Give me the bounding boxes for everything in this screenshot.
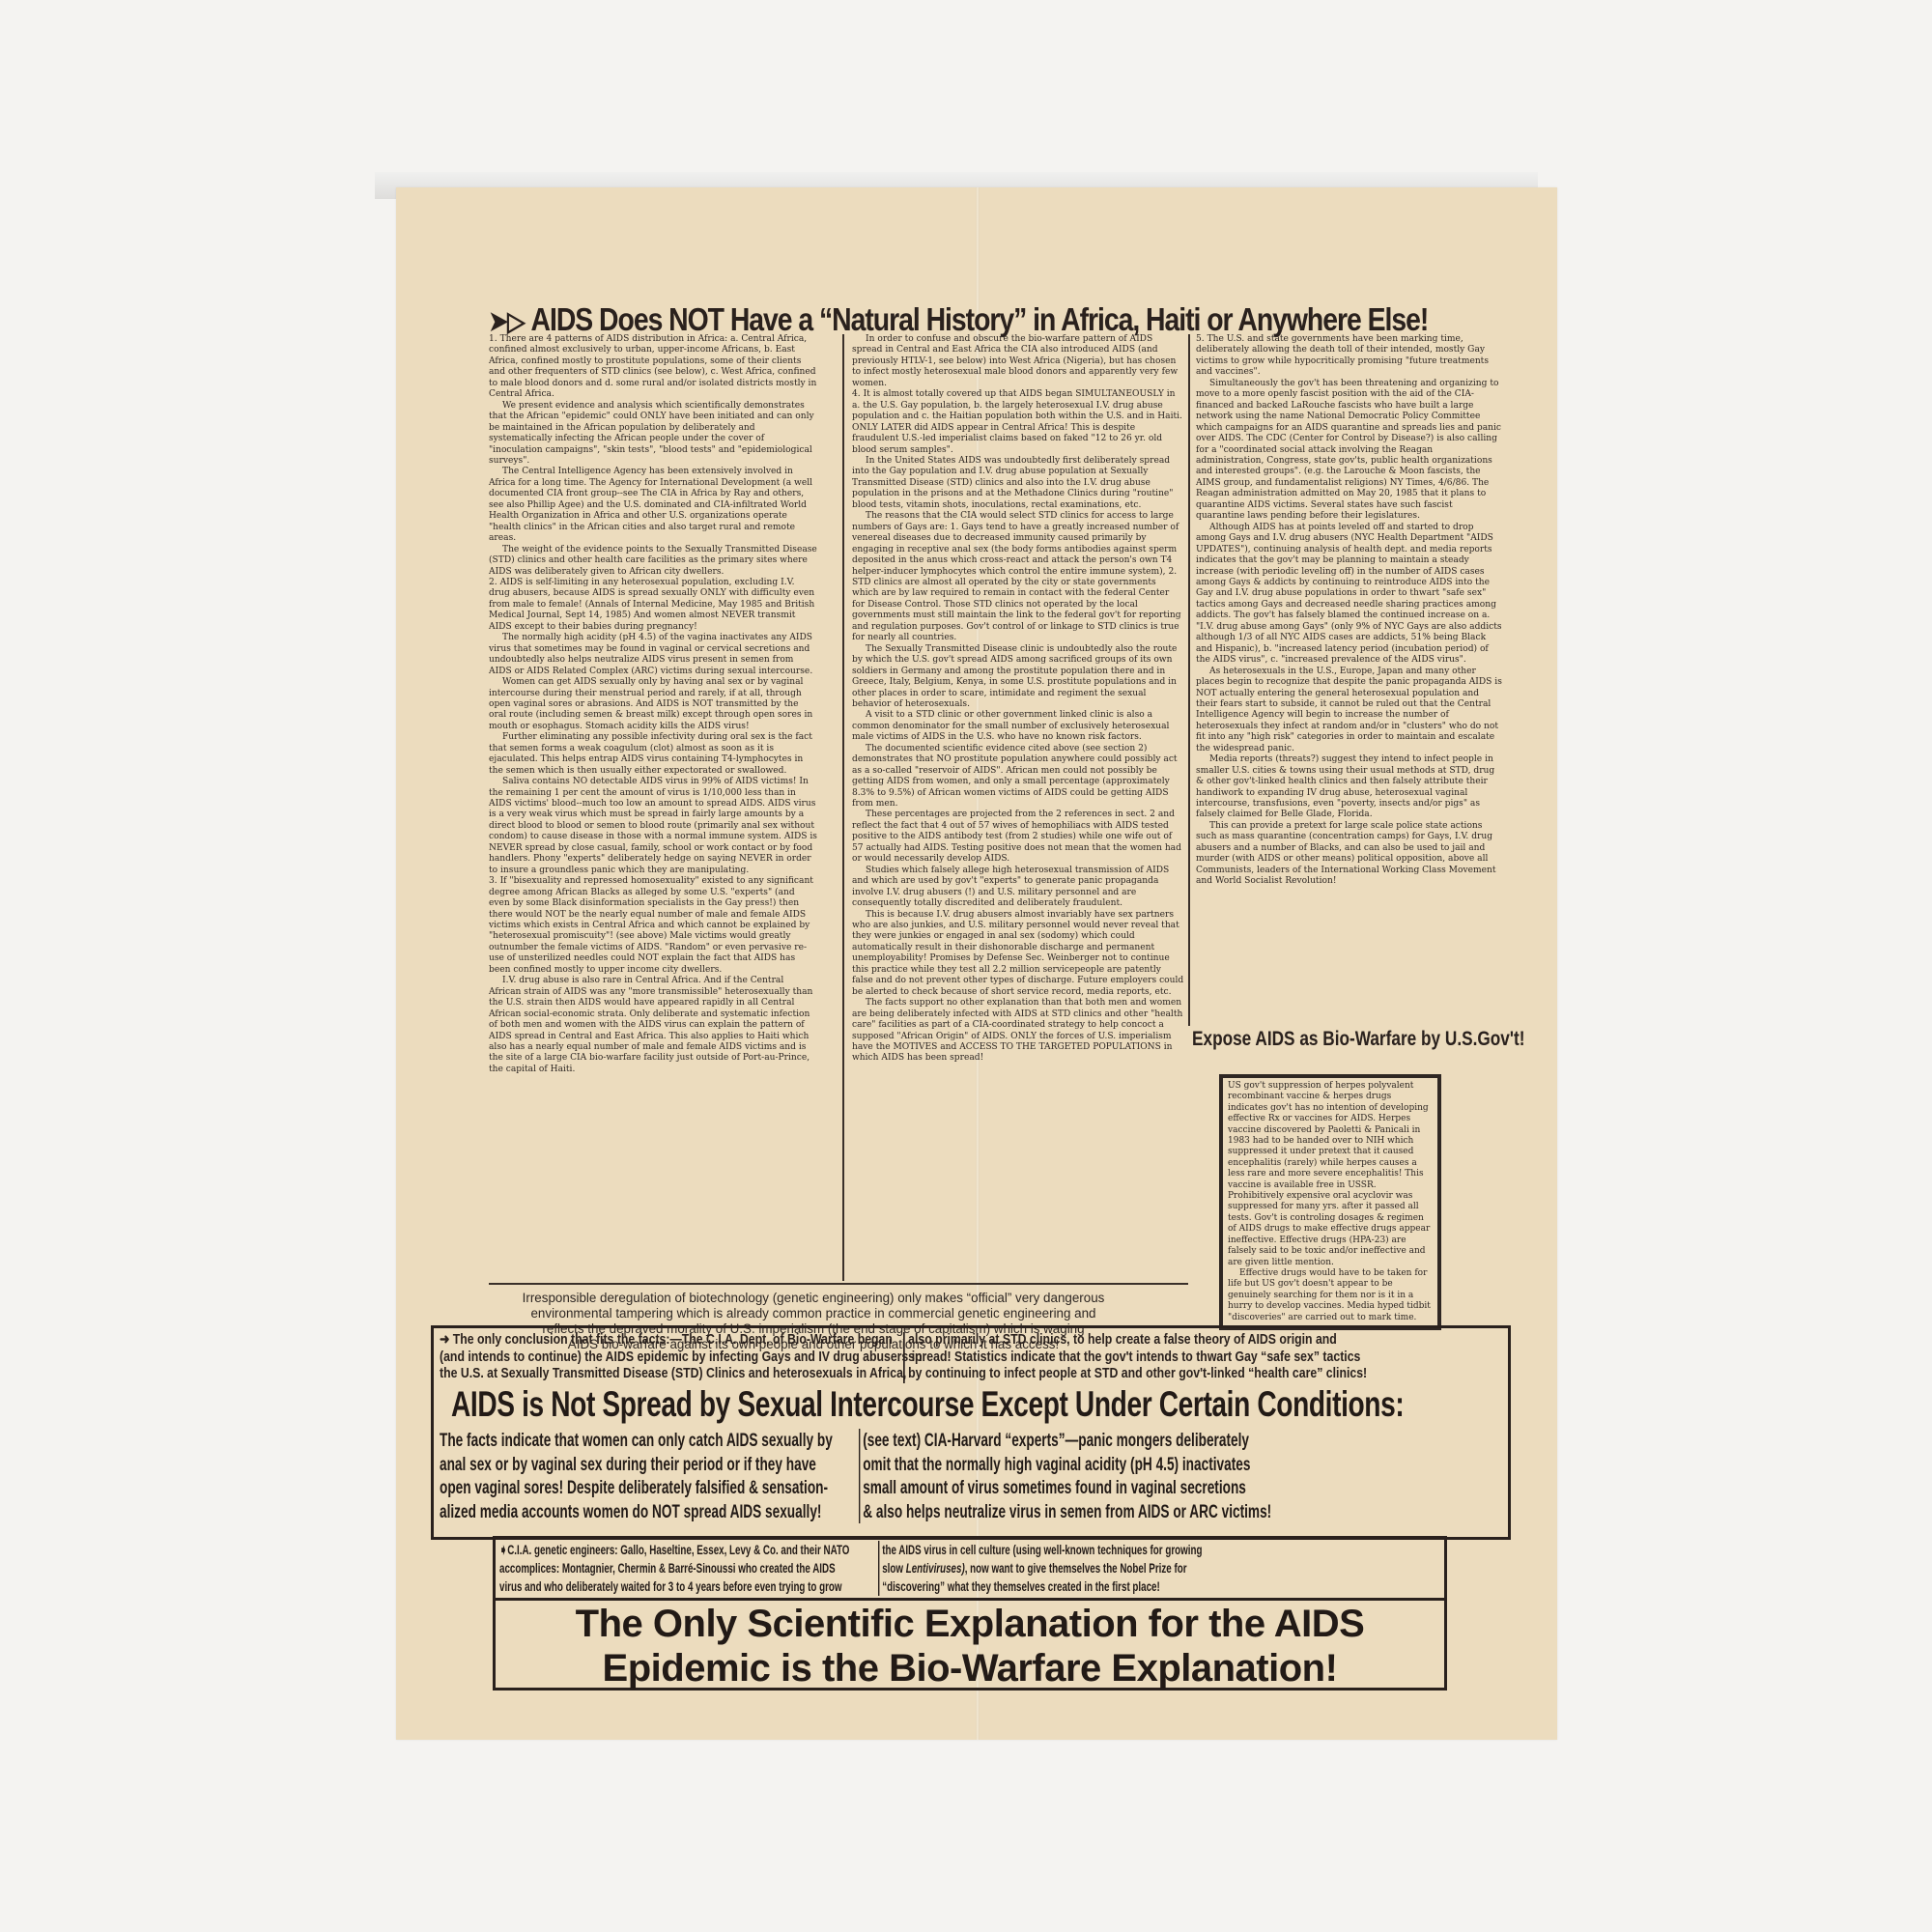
text-line: the U.S. at Sexually Transmitted Disease…	[440, 1366, 896, 1383]
genetic-right: the AIDS virus in cell culture (using we…	[878, 1541, 1261, 1596]
paragraph: Simultaneously the gov't has been threat…	[1196, 379, 1503, 523]
expose-heading: Expose AIDS as Bio-Warfare by U.S.Gov't!	[1192, 1028, 1454, 1051]
text-line: & also helps neutralize virus in semen f…	[863, 1500, 1282, 1524]
text-line: virus and who deliberately waited for 3 …	[499, 1577, 878, 1596]
paragraph: The Sexually Transmitted Disease clinic …	[852, 644, 1184, 711]
paragraph: These percentages are projected from the…	[852, 810, 1184, 865]
final-headline-line: Epidemic is the Bio-Warfare Explanation!	[496, 1645, 1444, 1690]
genetic-engineers-box: ➧C.I.A. genetic engineers: Gallo, Haselt…	[493, 1536, 1447, 1601]
paragraph: This can provide a pretext for large sca…	[1196, 821, 1503, 888]
paragraph: A visit to a STD clinic or other governm…	[852, 710, 1184, 743]
conditions-right: (see text) CIA-Harvard “experts”—panic m…	[859, 1429, 1282, 1523]
paragraph: We present evidence and analysis which s…	[489, 401, 817, 468]
text-line: The facts indicate that women can only c…	[440, 1429, 859, 1453]
paragraph: In order to confuse and obscure the bio-…	[852, 334, 1184, 389]
paragraph: US gov't suppression of herpes polyvalen…	[1228, 1081, 1433, 1268]
paragraph: The documented scientific evidence cited…	[852, 744, 1184, 810]
paragraph: Media reports (threats?) suggest they in…	[1196, 754, 1503, 821]
paragraph: Studies which falsely allege high hetero…	[852, 866, 1184, 910]
paragraph: Effective drugs would have to be taken f…	[1228, 1268, 1433, 1323]
paragraph: Further eliminating any possible infecti…	[489, 732, 817, 777]
final-headline-line: The Only Scientific Explanation for the …	[496, 1601, 1444, 1645]
text-line: open vaginal sores! Despite deliberately…	[440, 1476, 859, 1500]
text-line: by continuing to infect people at STD an…	[908, 1366, 1365, 1383]
paragraph: 1. There are 4 patterns of AIDS distribu…	[489, 334, 817, 401]
herpes-sidebar-box: US gov't suppression of herpes polyvalen…	[1219, 1074, 1441, 1330]
conclusion-right: also primarily at STD clinics, to help c…	[903, 1332, 1365, 1383]
text-line: also primarily at STD clinics, to help c…	[908, 1332, 1365, 1350]
headline-text: AIDS Does NOT Have a “Natural History” i…	[531, 301, 1429, 337]
paragraph: 3. If "bisexuality and repressed homosex…	[489, 876, 817, 976]
text-line: anal sex or by vaginal sex during their …	[440, 1453, 859, 1477]
paragraph: 5. The U.S. and state governments have b…	[1196, 334, 1503, 379]
paragraph: This is because I.V. drug abusers almost…	[852, 910, 1184, 999]
text-line: slow Lentiviruses), now want to give the…	[882, 1559, 1261, 1577]
article-column-1: 1. There are 4 patterns of AIDS distribu…	[489, 334, 817, 1075]
paragraph: The reasons that the CIA would select ST…	[852, 511, 1184, 643]
genetic-left: ➧C.I.A. genetic engineers: Gallo, Haselt…	[499, 1541, 878, 1596]
paragraph: The facts support no other explanation t…	[852, 998, 1184, 1065]
paragraph: 2. AIDS is self-limiting in any heterose…	[489, 578, 817, 633]
final-headline-box: The Only Scientific Explanation for the …	[493, 1598, 1447, 1690]
text-line: spread! Statistics indicate that the gov…	[908, 1350, 1365, 1367]
conclusion-left: ➜ The only conclusion that fits the fact…	[440, 1332, 896, 1383]
text-line: (and intends to continue) the AIDS epide…	[440, 1350, 896, 1367]
text-line: (see text) CIA-Harvard “experts”—panic m…	[863, 1429, 1282, 1453]
text-line: omit that the normally high vaginal acid…	[863, 1453, 1282, 1477]
article-column-2: In order to confuse and obscure the bio-…	[842, 334, 1184, 1281]
column-divider-rule	[489, 1283, 1188, 1285]
text-line: small amount of virus sometimes found in…	[863, 1476, 1282, 1500]
article-column-3: 5. The U.S. and state governments have b…	[1188, 334, 1503, 1026]
paragraph: The normally high acidity (pH 4.5) of th…	[489, 633, 817, 677]
paragraph: The weight of the evidence points to the…	[489, 545, 817, 578]
paragraph: Women can get AIDS sexually only by havi…	[489, 677, 817, 732]
arrow-bullet-icon: ➜	[440, 1332, 453, 1348]
paragraph: I.V. drug abuse is also rare in Central …	[489, 976, 817, 1075]
text-line: accomplices: Montagnier, Chermin & Barré…	[499, 1559, 878, 1577]
text-line: environmental tampering which is already…	[456, 1306, 1171, 1321]
text-line: ➧C.I.A. genetic engineers: Gallo, Haselt…	[499, 1541, 878, 1559]
paragraph: As heterosexuals in the U.S., Europe, Ja…	[1196, 667, 1503, 755]
conditions-left: The facts indicate that women can only c…	[440, 1429, 859, 1523]
newsletter-page: ➤▷AIDS Does NOT Have a “Natural History”…	[396, 187, 1557, 1740]
text-line: alized media accounts women do NOT sprea…	[440, 1500, 859, 1524]
paragraph: Saliva contains NO detectable AIDS virus…	[489, 777, 817, 876]
text-line: Irresponsible deregulation of biotechnol…	[456, 1291, 1171, 1306]
paragraph: 4. It is almost totally covered up that …	[852, 389, 1184, 456]
lentiviruses-term: Lentiviruses)	[906, 1560, 965, 1576]
paragraph: In the United States AIDS was undoubtedl…	[852, 456, 1184, 511]
text-line: “discovering” what they themselves creat…	[882, 1577, 1261, 1596]
conditions-headline: AIDS is Not Spread by Sexual Intercourse…	[451, 1384, 1404, 1425]
text-line: the AIDS virus in cell culture (using we…	[882, 1541, 1261, 1559]
paragraph: Although AIDS has at points leveled off …	[1196, 523, 1503, 667]
page-headline: ➤▷AIDS Does NOT Have a “Natural History”…	[489, 301, 1336, 338]
double-arrow-icon: ➤▷	[489, 305, 525, 337]
conclusion-box: ➜ The only conclusion that fits the fact…	[431, 1325, 1511, 1540]
paragraph: The Central Intelligence Agency has been…	[489, 467, 817, 544]
